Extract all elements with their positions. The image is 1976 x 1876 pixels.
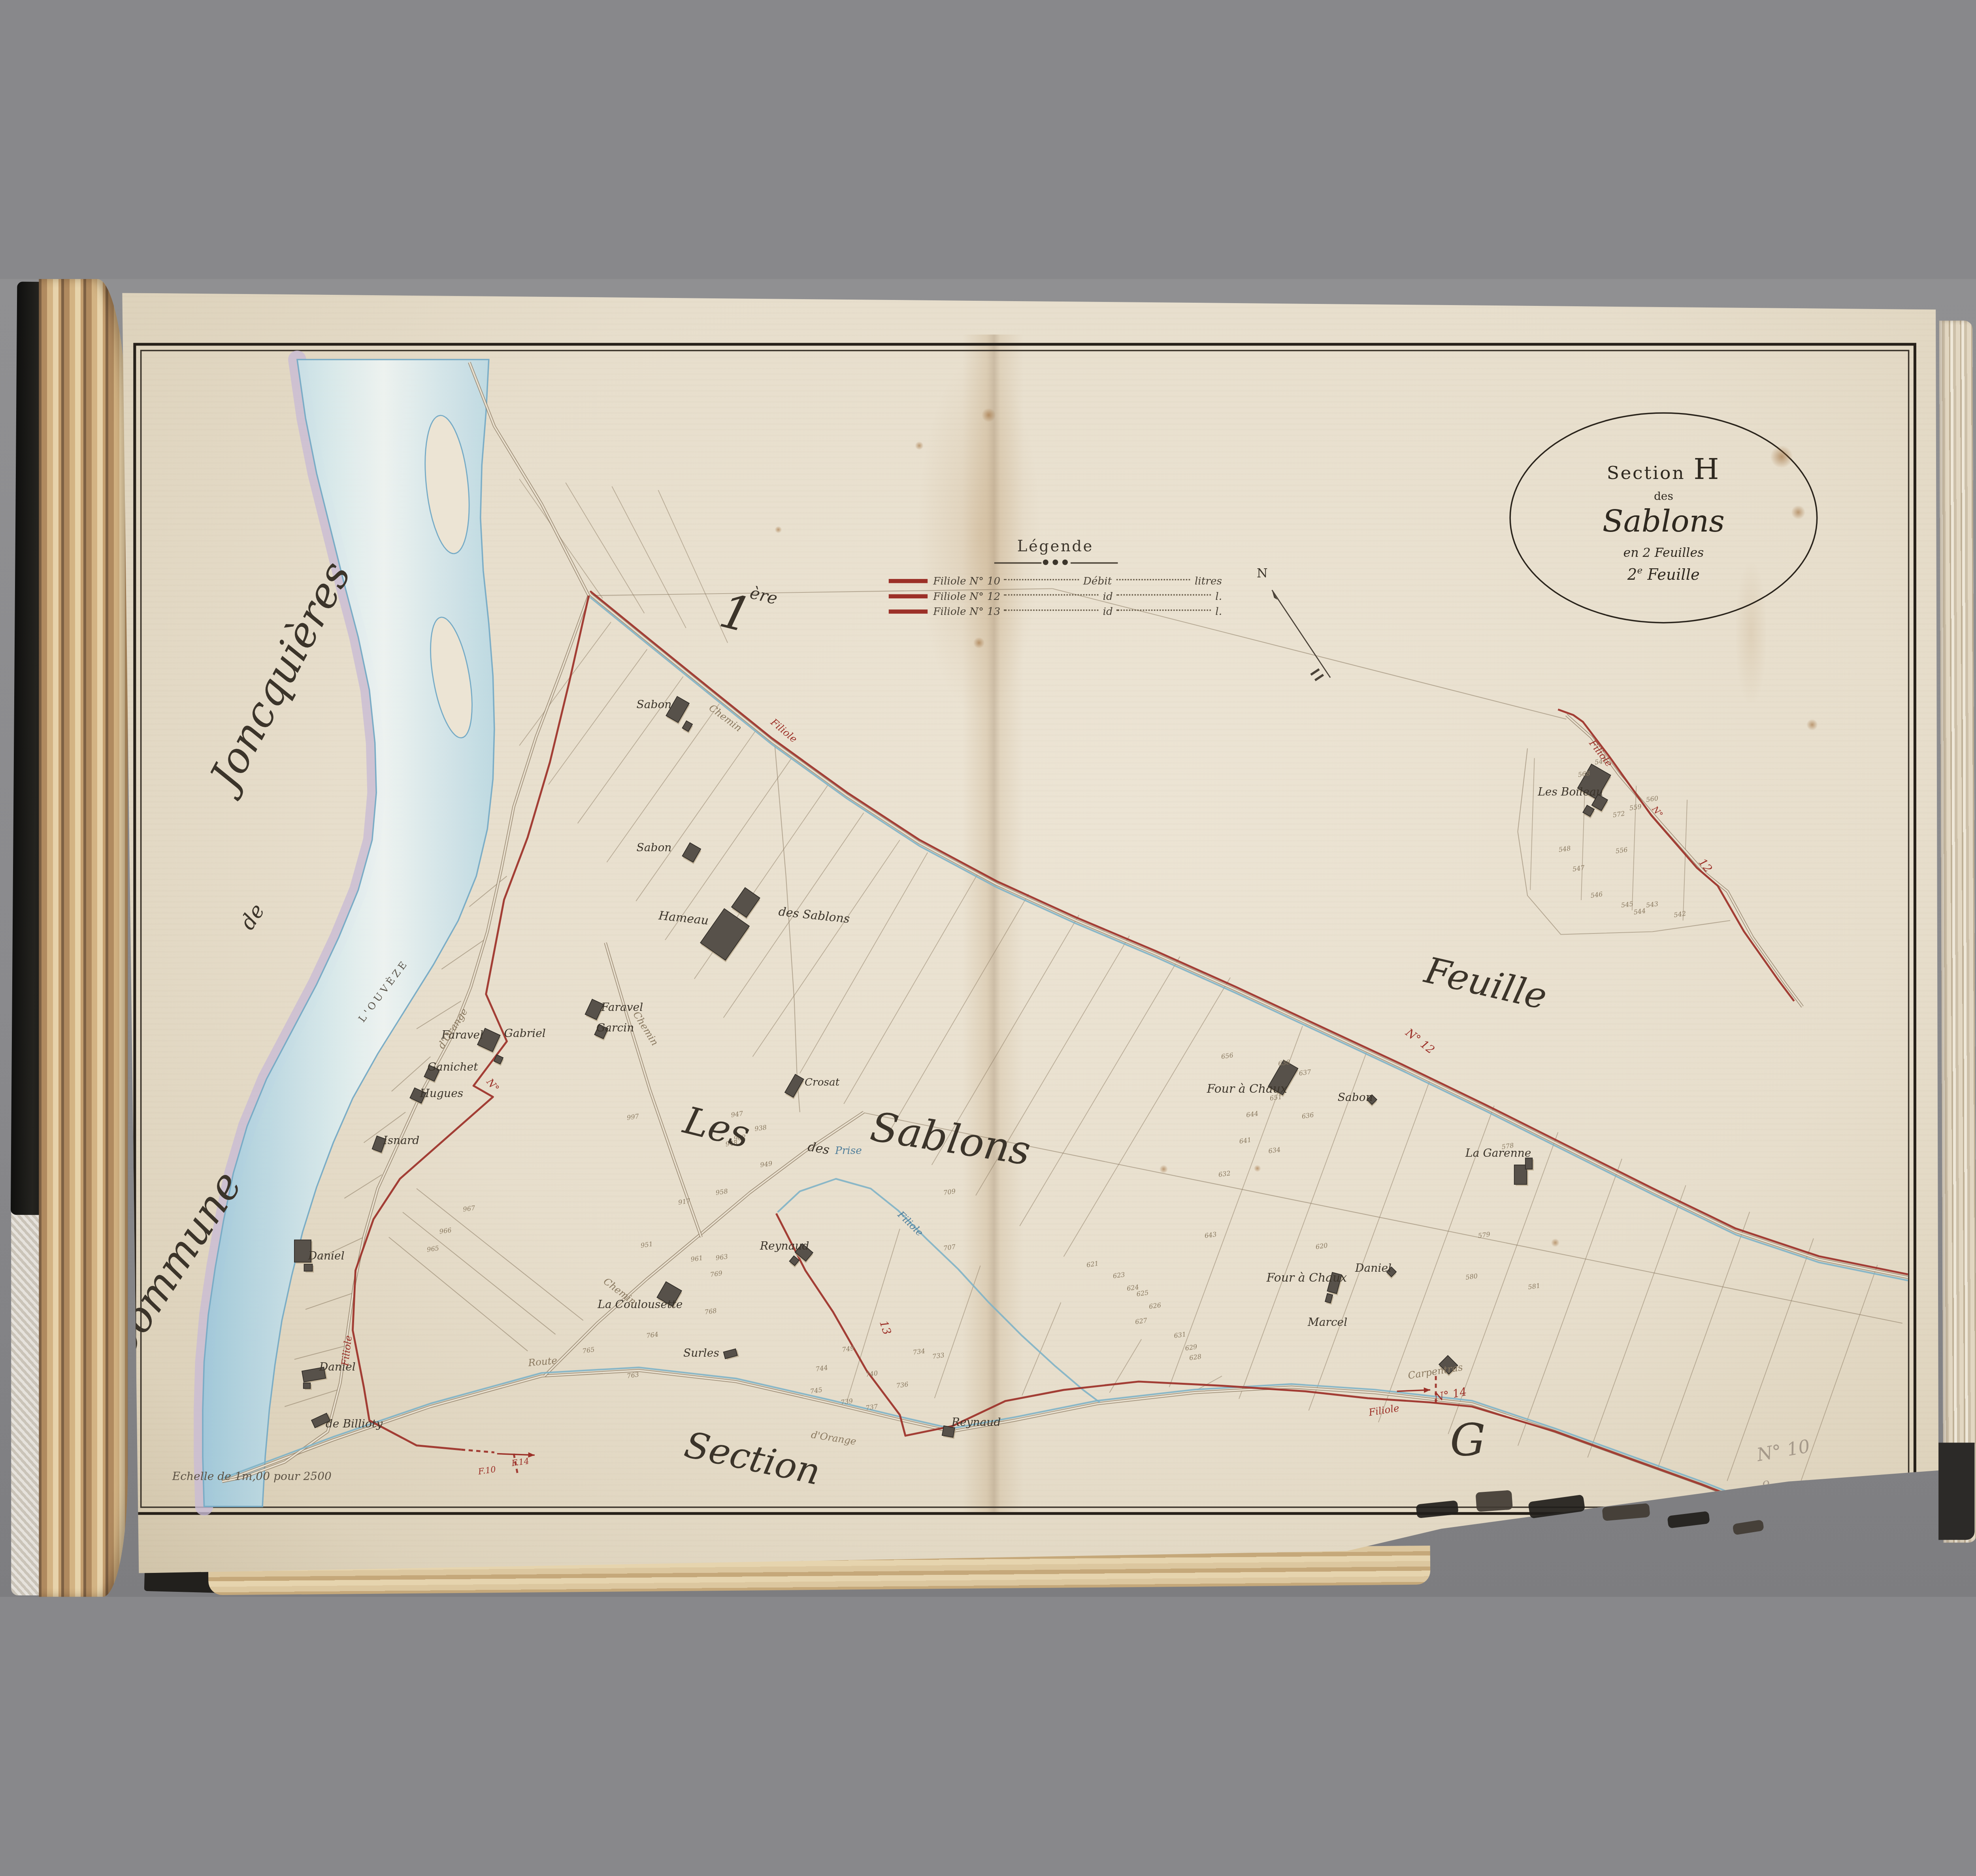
building-shadow [1527,1160,1534,1171]
parcel-number: 733 [932,1351,945,1360]
parcel-number: 542 [1673,910,1686,919]
building-shadow [1439,1358,1457,1376]
building-shadow [1269,1062,1298,1097]
road-line [222,596,589,1482]
parcel-number: 938 [754,1124,767,1133]
building [1367,1095,1377,1105]
parcel-number: 568 [1578,769,1591,779]
map-label: 12 [1696,856,1715,875]
parcel-number: 641 [1239,1136,1252,1145]
parcel-number: 958 [715,1188,728,1197]
parcel-number: 644 [1246,1110,1259,1119]
building-shadow [1592,796,1608,813]
map-label: Chemin [631,1009,661,1048]
map-label: Daniel [319,1360,356,1373]
section-letter: H [1693,452,1720,485]
map-label: de Billioty [326,1417,383,1430]
parcel-line [1197,1376,1222,1390]
map-label: Chemin [601,1275,639,1307]
parcel-number: 621 [1086,1259,1099,1269]
parcel-line [1518,749,1730,935]
legend-swatch [889,579,928,583]
map-label: Reynaud [951,1416,1001,1429]
parcel-line [800,852,928,1073]
building [666,696,689,722]
road-line-fill [544,1112,864,1376]
cartouche-subtitle: en 2 Feuilles [1623,547,1704,560]
north-arrow [1272,590,1331,677]
parcel-number: 541 [1594,757,1607,766]
parcel-number: 997 [626,1112,640,1122]
foxing-spot [1551,1239,1559,1247]
map-label: Four à Chaux [1266,1271,1347,1285]
parcel-line [417,1189,583,1321]
road-line-fill [222,1371,1747,1503]
road-line [605,943,701,1237]
map-border-frame [133,343,1916,1515]
building-shadow [1326,1295,1334,1305]
paper-texture [0,279,1976,1597]
parcel-line [976,936,1129,1195]
parcel-line [1239,1053,1366,1399]
boundary-red-line [590,591,1908,1275]
map-label: 13 [877,1319,894,1337]
boundary-red-line [1558,709,1794,1001]
parcel-number: 961 [690,1254,703,1263]
parcel-line [612,486,686,628]
parcel-line [549,649,647,784]
map-label: Gabriel [504,1027,546,1040]
parcel-number: 628 [1189,1353,1202,1362]
map-label: des [807,1140,831,1158]
map-layer: 5415685605595725565485475465455445435426… [0,279,1976,1597]
map-label: Faravel [601,1001,643,1014]
building [372,1136,386,1152]
building [311,1413,330,1428]
parcel-line [694,786,828,979]
building [682,843,701,862]
cartouche: SectionH des Sablons en 2 Feuilles 2e Fe… [1509,413,1818,624]
page-edges-right [1939,321,1976,1543]
road-line [222,1371,1747,1503]
map-drawing: 5415685605595725565485475465455445435426… [0,279,1976,1597]
parcel-number: 559 [1629,803,1642,812]
map-label: L'OUVÈZE [356,957,411,1024]
building [1439,1356,1457,1374]
parcel-line [344,1175,382,1199]
map-label: Daniel [308,1249,345,1262]
foxing-spot [1806,719,1818,730]
photo-stage: 5415685605595725565485475465455445435426… [0,279,1976,1597]
building-shadow [667,698,690,724]
map-label: Filiole [768,716,799,745]
building [585,999,603,1020]
parcel-line [888,894,1028,1135]
map-label: de [236,899,270,934]
building [1386,1267,1396,1277]
building-shadow [943,1427,956,1439]
parcel-number: 656 [1221,1051,1234,1060]
parcel-line [932,915,1079,1165]
map-label: Sablons [867,1103,1034,1175]
building-shadow [683,723,693,733]
parcel-number: 962 [733,1133,746,1143]
parcel-number: 620 [1315,1242,1328,1251]
parcel-number: 643 [1204,1231,1217,1240]
parcel-line [1657,1212,1750,1469]
map-label: 1 [715,583,757,644]
parcel-line [1448,1132,1558,1434]
parcel-number: 763 [626,1371,639,1380]
building [657,1282,681,1307]
building [1525,1158,1533,1169]
building-shadow [658,1284,682,1308]
parcel-number: 548 [1558,845,1571,854]
parcel-number: 636 [1301,1111,1314,1120]
foxing-spot [973,637,984,649]
parcel-number: 547 [1572,864,1586,873]
parcel-number: 556 [1615,846,1628,855]
building-shadow [373,1138,387,1154]
building [304,1383,311,1389]
underpage-fore-edge [1732,1520,1764,1535]
parcel-line [1022,1303,1061,1395]
foxing-spot [982,408,996,422]
parcel-line [441,939,486,969]
building-shadow [478,1030,501,1054]
legend-swatch [889,595,928,598]
parcel-line [1378,1106,1494,1422]
map-label: Isnard [383,1134,420,1147]
map-label: Filiole [1587,737,1615,769]
building-shadow [305,1266,314,1273]
legend-row: Filiole N° 13 id l. [889,604,1222,619]
parcel-number: 734 [913,1347,926,1356]
map-label: Section [681,1423,824,1493]
boundary-red-line [353,596,588,1450]
building-shadow [1367,1097,1377,1107]
parcel-line [519,622,611,746]
legend-row-mid: Débit [1083,575,1112,588]
parcel-line [305,1293,354,1309]
building [1583,805,1594,817]
red-arrow [1397,1390,1430,1391]
parcel-line [724,813,864,1018]
building-shadow [1516,1166,1528,1186]
map-label: G [1450,1414,1486,1466]
parcel-number: 560 [1646,794,1659,803]
parcel-number: 966 [439,1226,452,1235]
legend-row-mid: id [1103,605,1113,618]
map-label: Hugues [419,1087,463,1100]
parcel-number: 967 [462,1204,476,1213]
parcel-line [1797,1265,1878,1493]
parcel-line [775,746,800,1112]
building-shadow [1386,1269,1396,1279]
parcel-number: 947 [730,1110,744,1119]
parcel-number: 634 [1268,1146,1281,1155]
parcel-number: 623 [1112,1271,1126,1280]
building [700,909,749,960]
north-arrow-fletching [1311,669,1319,675]
building-shadow [595,1026,609,1041]
parcel-number: 631 [1173,1331,1186,1340]
parcel-line [469,876,507,907]
map-label: Marcel [1307,1316,1347,1329]
parcel-number: 629 [1184,1343,1197,1352]
building-shadow [701,911,750,962]
map-label: Sabon [1338,1091,1373,1104]
map-label: Filiole [1367,1402,1400,1418]
parcel-line [1530,758,1535,890]
map-page: 5415685605595725565485475465455445435426… [119,285,1941,1590]
parcel-line [752,840,899,1057]
parcel-number: 951 [640,1240,653,1249]
building [1325,1293,1333,1303]
parcel-line [566,483,644,613]
road-line-fill [605,943,701,1237]
parcel-line [935,1266,980,1399]
legend-row: Filiole N° 12 id l. [889,589,1222,604]
cartouche-sheet: 2e Feuille [1627,565,1700,584]
legend-row-value: litres [1195,575,1222,588]
page-edges-left [39,279,128,1597]
boundary-red-line [461,1450,494,1452]
building [304,1264,313,1271]
parcel-line [1169,1026,1303,1388]
parcel-number: 578 [1501,1142,1514,1151]
legend: Légende Filiole N° 10 Débit litres Filio… [889,537,1222,619]
building [724,1349,737,1359]
parcel-line [861,1112,1902,1323]
parcel-line [392,1057,430,1092]
map-label: Four à Chaux [1207,1082,1287,1096]
parcel-number: 546 [1590,890,1603,899]
map-label: Sabon [636,841,671,854]
legend-row-mid: id [1103,590,1113,603]
parcel-line [844,873,978,1104]
building [795,1244,813,1261]
parcel-number: 949 [760,1160,773,1169]
canal-line [778,1179,1100,1403]
parcel-number: 736 [896,1380,909,1390]
parcel-number: 765 [582,1346,595,1355]
map-label: Faravel [441,1028,483,1041]
parcel-number: 739 [840,1397,853,1406]
parcel-number: 624 [1126,1283,1139,1292]
road-line [544,1112,864,1376]
parcel-line [1063,978,1230,1257]
legend-row-label: Filiole N° 10 [933,575,1000,588]
parcel-line [589,589,1053,596]
parcel-line [1727,1239,1814,1481]
legend-swatch [889,610,928,613]
parcel-line [294,1346,347,1359]
map-label: Prise [835,1145,862,1157]
scale-note: Echelle de 1m,00 pour 2500 [172,1471,332,1483]
building [424,1065,439,1082]
building [494,1055,503,1064]
map-label: Garcin [596,1022,634,1035]
book-cover-right [1938,1443,1974,1540]
road-line [1566,715,1802,1007]
building [477,1028,500,1052]
parcel-number: 625 [1136,1289,1149,1298]
parcel-line [364,1112,405,1143]
parcel-line [1581,772,1586,900]
parcel-line [1109,1339,1141,1393]
building-shadow [1584,807,1595,818]
map-label: Crosat [805,1077,840,1089]
legend-row-label: Filiole N° 13 [933,605,1000,618]
building-shadow [790,1258,799,1268]
building-shadow [785,1077,804,1099]
map-label: des Sablons [778,905,850,926]
map-label: Route [527,1355,558,1369]
building [942,1426,955,1437]
parcel-number: 626 [1148,1301,1161,1310]
map-label: d'Orange [436,1006,470,1050]
canal-line [222,1367,1747,1499]
building [1268,1060,1298,1095]
building [785,1075,804,1097]
foxing-spot [1253,1164,1260,1171]
map-label: Joncquières [197,554,360,803]
building [594,1025,608,1039]
building-shadow [305,1384,312,1390]
parcel-number: 579 [1478,1231,1491,1240]
parcel-line [403,1212,556,1334]
building [1327,1273,1341,1294]
parcel-line [1020,957,1180,1226]
map-label: Les Boileau [1537,785,1603,798]
parcel-number: 581 [1527,1282,1540,1291]
red-arrowhead [528,1452,534,1458]
building-shadow [494,1057,503,1066]
parcel-line [1052,589,1566,719]
parcel-number: 627 [1135,1316,1148,1325]
parcel-number: 544 [1633,907,1646,916]
parcel-number: 769 [710,1269,723,1278]
ink-bleedthrough [1736,564,1766,703]
parcel-line [417,1001,461,1029]
parcel-number: 632 [1218,1169,1231,1178]
map-label: d'Orange [810,1429,857,1447]
parcel-line [285,1390,338,1407]
legend-row: Filiole N° 10 Débit litres [889,573,1222,589]
parcel-number: 737 [865,1403,879,1412]
building-shadow [732,890,760,919]
parcel-number: 638 [1278,1058,1291,1067]
legend-row-label: Filiole N° 12 [933,590,1000,603]
parcel-line [658,490,728,643]
river-bank-wash [203,360,376,1506]
map-border-frame-inner [140,350,1909,1508]
parcel-line [665,758,792,940]
parcel-line [1518,1159,1622,1446]
map-label: La Coulousette [597,1298,683,1311]
parcel-line [847,1229,900,1401]
building-shadow [683,845,701,864]
road-line-fill [1566,715,1802,1007]
building [682,721,692,732]
underpage-fore-edge [1667,1510,1710,1528]
legend-title: Légende [889,537,1222,556]
legend-row-value: l. [1215,605,1222,618]
parcel-line [636,731,755,901]
river-island [423,614,480,741]
canal-line [590,598,1908,1281]
building [302,1367,326,1382]
building [1578,764,1611,799]
building-shadow [313,1414,332,1429]
map-label: N° 12 [1403,1026,1437,1057]
legend-ornament [889,560,1222,565]
building-shadow [304,1369,327,1383]
parcel-number: 948 [725,1139,738,1148]
boundary-red-line [514,1454,518,1476]
building [294,1240,311,1262]
map-label: N° 14 [1433,1385,1468,1404]
map-label: Sabon [636,698,671,711]
parcel-number: 917 [678,1197,691,1206]
parcel-line [1632,786,1637,911]
red-arrowhead [1424,1388,1430,1393]
parcel-number: 740 [865,1369,878,1378]
parcel-number: 764 [646,1331,659,1340]
foxing-spot [774,526,781,533]
building [732,888,760,917]
parcel-number: 543 [1646,900,1659,909]
map-label: F.10 [477,1464,496,1476]
building-shadow [425,1067,440,1083]
building [789,1256,799,1266]
map-label: N° [1650,804,1665,819]
parcel-number: 545 [1621,900,1634,909]
parcel-number: 744 [815,1364,828,1373]
parcel-number: 651 [1269,1093,1282,1102]
building [410,1088,426,1103]
river-island [419,413,475,556]
fold-stain [916,355,1041,716]
building [1514,1165,1527,1184]
building-shadow [795,1246,813,1263]
center-fold-crease [962,335,1024,1515]
north-arrow-fletching [1315,675,1323,681]
building-shadow [1328,1274,1342,1295]
parcel-line [607,704,719,862]
river-ouveze [203,360,494,1506]
foxing-spot [1160,1165,1168,1173]
foxing-spot [1791,505,1805,519]
map-label: ère [748,583,780,608]
map-label: Daniel [1355,1262,1391,1275]
map-label: Carpentras [1407,1361,1463,1382]
map-label: Feuille [1420,949,1551,1018]
map-label: Ganichet [427,1060,478,1073]
building-shadow [1578,766,1611,801]
parcel-line [1309,1079,1430,1411]
underpage-fore-edge [1475,1490,1513,1512]
parcel-line [1588,1186,1686,1458]
map-label: 9 [1761,1478,1770,1493]
red-arrow [497,1454,535,1456]
parcel-line [319,1237,364,1258]
cartouche-name: Sablons [1603,505,1725,540]
parcel-number: 637 [1299,1068,1312,1077]
foxing-spot [915,441,924,450]
building-shadow [296,1241,312,1263]
